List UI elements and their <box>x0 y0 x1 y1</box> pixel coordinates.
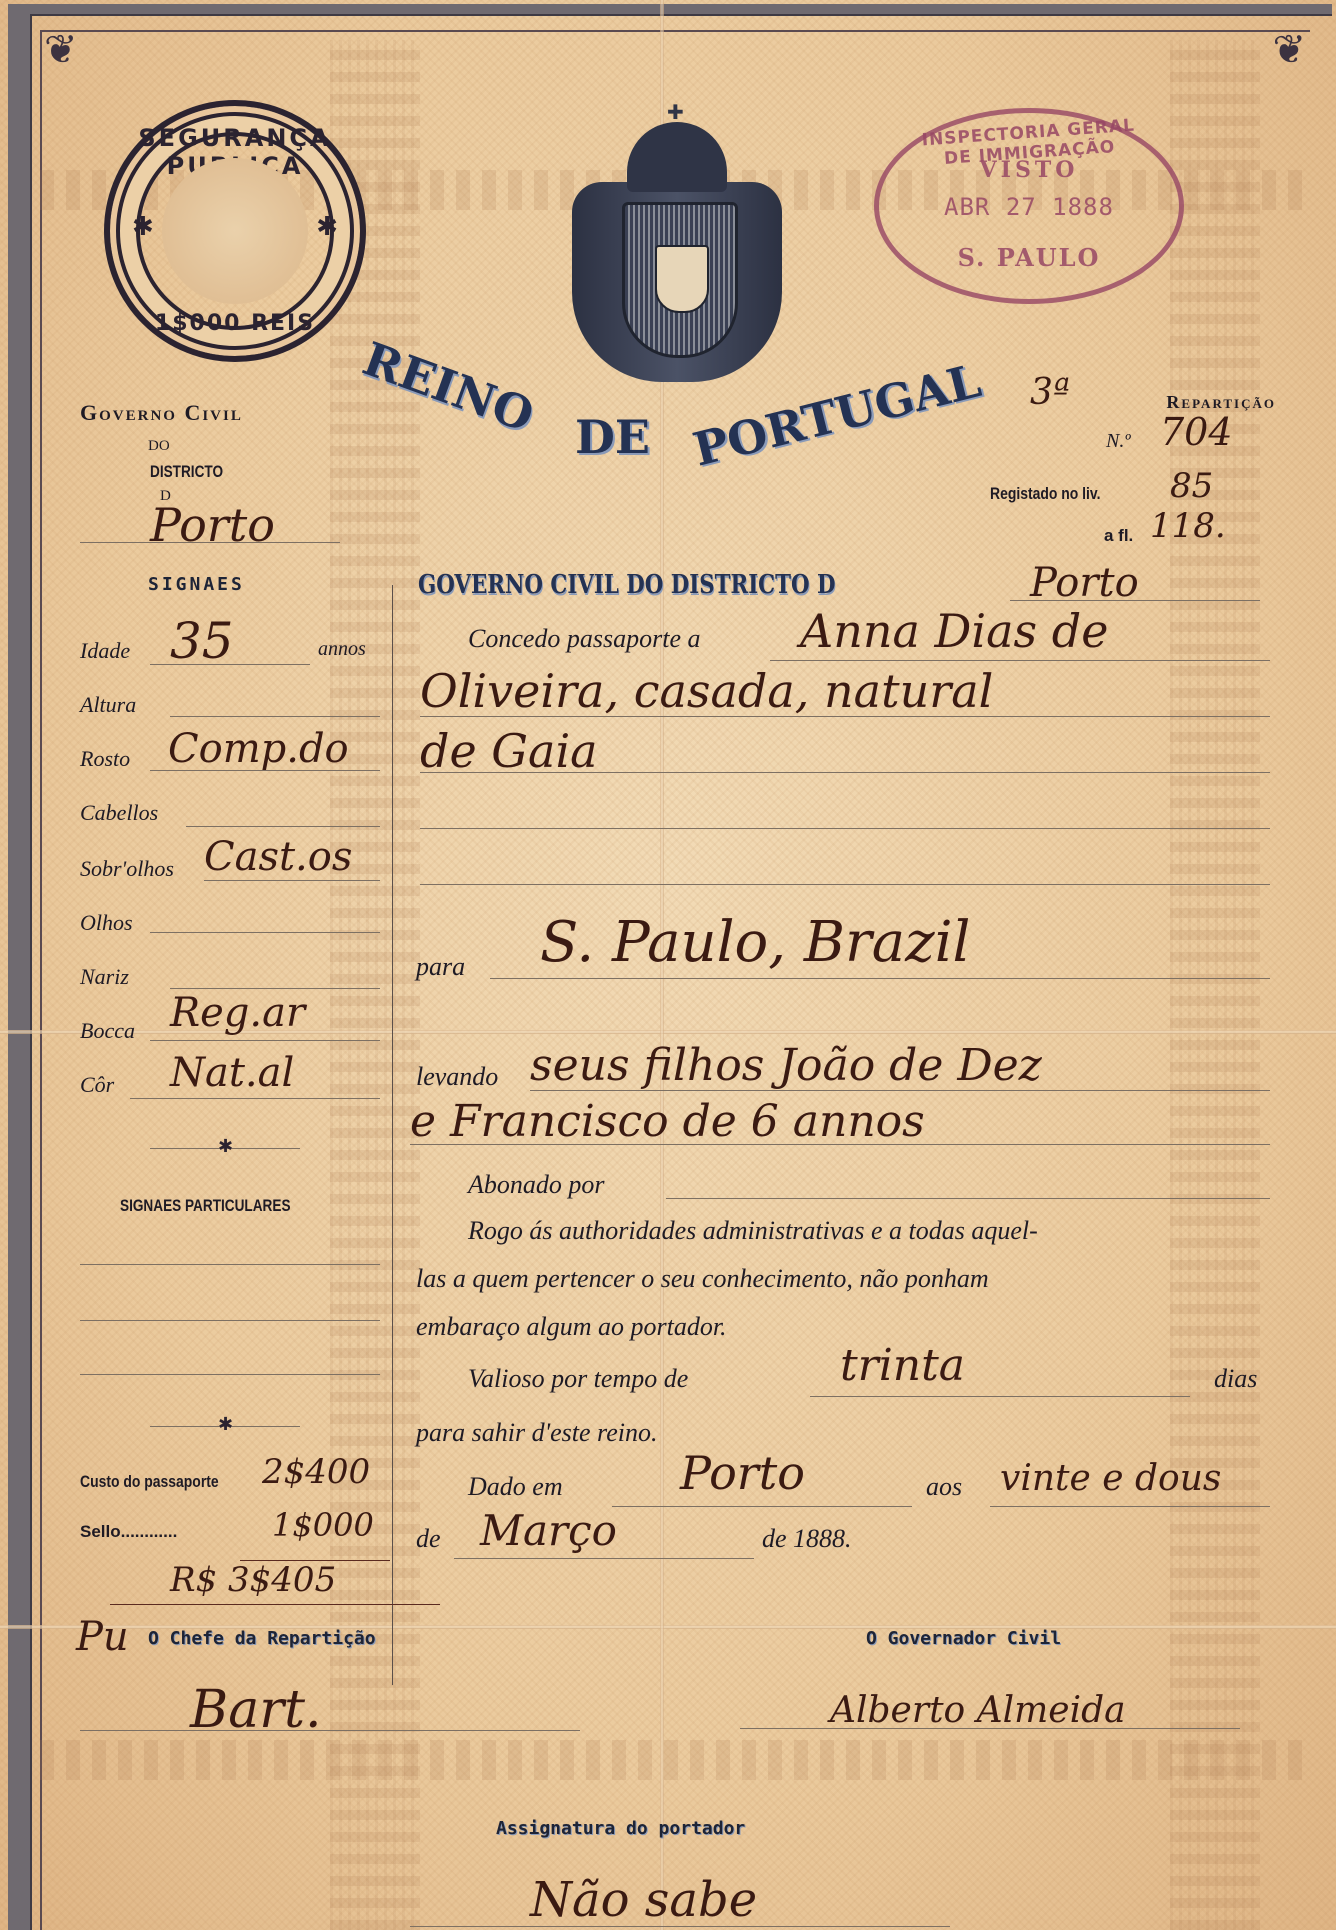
cor-label: Côr <box>80 1072 114 1098</box>
folha-label: a fl. <box>1104 526 1133 546</box>
bocca-value: Reg.ar <box>170 990 305 1036</box>
field-line <box>420 716 1270 717</box>
governador-label: O Governador Civil <box>866 1628 1061 1649</box>
custo-label: Custo do passaporte <box>80 1472 219 1492</box>
field-line <box>150 770 380 771</box>
rogo-line2: las a quem pertencer o seu conhecimento,… <box>416 1264 989 1294</box>
shield-icon <box>622 202 738 358</box>
background-band <box>40 1740 1310 1780</box>
background-pattern <box>1170 40 1260 1930</box>
field-line <box>990 1506 1270 1507</box>
field-line <box>80 1320 380 1321</box>
signaes-heading: SIGNAES <box>148 574 245 595</box>
de-label: de <box>416 1524 441 1554</box>
sobrolhos-label: Sobr'olhos <box>80 856 174 882</box>
levando-line2: e Francisco de 6 annos <box>410 1096 925 1147</box>
field-line <box>770 660 1270 661</box>
rogo-line3: embaraço algum ao portador. <box>416 1312 727 1342</box>
signature-line <box>410 1926 950 1927</box>
field-line <box>1010 600 1260 601</box>
field-line <box>810 1396 1190 1397</box>
sello-value: 1$000 <box>272 1506 374 1544</box>
field-line <box>150 1040 380 1041</box>
rogo-line1: Rogo ás authoridades administrativas e a… <box>468 1216 1038 1246</box>
field-line <box>420 828 1270 829</box>
holder-details: Oliveira, casada, natural <box>420 664 993 718</box>
star-icon: ✱ <box>218 1414 233 1435</box>
field-line <box>204 880 380 881</box>
column-divider <box>392 585 393 1685</box>
para-label: para <box>416 952 465 982</box>
field-line <box>666 1198 1270 1199</box>
field-line <box>150 932 380 933</box>
chefe-signature: Bart. <box>190 1680 322 1740</box>
field-line <box>150 664 310 665</box>
year-text: de 1888. <box>762 1524 852 1554</box>
governador-signature: Alberto Almeida <box>830 1690 1126 1731</box>
passport-document: ❦ ❦ SEGURANÇA PUBLICA ✱ ✱ 1$000 REIS INS… <box>0 0 1336 1930</box>
main-heading: GOVERNO CIVIL DO DISTRICTO D <box>418 570 835 600</box>
stamp-date: ABR 27 1888 <box>879 193 1179 221</box>
field-line <box>410 1144 1270 1145</box>
field-line <box>80 1374 380 1375</box>
signature-line <box>80 1730 580 1731</box>
signature-line <box>740 1728 1240 1729</box>
olhos-label: Olhos <box>80 910 133 936</box>
star-icon: ✱ <box>132 212 154 242</box>
registado-value: 85 <box>1170 466 1213 506</box>
field-line <box>490 978 1270 979</box>
field-line <box>130 1098 380 1099</box>
total-value: R$ 3$405 <box>170 1560 336 1600</box>
field-line <box>612 1506 912 1507</box>
portador-label: Assignatura do portador <box>496 1818 745 1839</box>
cabellos-label: Cabellos <box>80 800 158 826</box>
governo-civil-label: Governo Civil <box>80 400 243 426</box>
concedo-label: Concedo passaporte a <box>468 624 701 654</box>
numero-label: N.º <box>1106 430 1131 453</box>
star-icon: ✱ <box>316 212 338 242</box>
field-line <box>530 1090 1270 1091</box>
field-line <box>170 716 380 717</box>
dado-label: Dado em <box>468 1472 563 1502</box>
bocca-label: Bocca <box>80 1018 135 1044</box>
stamp-visto: VISTO <box>879 157 1179 183</box>
altura-label: Altura <box>80 692 136 718</box>
initials: Pu <box>76 1614 129 1660</box>
do-label: DO <box>148 438 170 455</box>
field-line <box>420 884 1270 885</box>
sello-label: Sello............ <box>80 1522 177 1542</box>
registado-label: Registado no liv. <box>990 484 1101 504</box>
numero-value: 704 <box>1160 410 1233 454</box>
corner-flourish-icon: ❦ <box>1272 26 1306 73</box>
coat-of-arms-icon <box>572 122 782 382</box>
field-line <box>80 542 340 543</box>
field-line <box>420 772 1270 773</box>
seal-crown-emblem <box>162 158 308 304</box>
stamp-city: S. PAULO <box>879 243 1179 272</box>
dias-label: dias <box>1214 1364 1257 1394</box>
immigration-stamp: INSPECTORIA GERAL DE IMMIGRAÇÃO VISTO AB… <box>874 108 1184 304</box>
portador-signature: Não sabe <box>530 1872 757 1928</box>
sobrolhos-value: Cast.os <box>204 834 352 880</box>
levando-label: levando <box>416 1062 498 1092</box>
sahir-line: para sahir d'este reino. <box>416 1418 657 1448</box>
aos-label: aos <box>926 1472 962 1502</box>
cor-value: Nat.al <box>170 1050 294 1096</box>
field-line <box>454 1558 754 1559</box>
field-line <box>186 826 380 827</box>
corner-flourish-icon: ❦ <box>44 26 78 73</box>
holder-origin: de Gaia <box>420 724 598 778</box>
abonado-label: Abonado por <box>468 1170 605 1200</box>
valioso-label: Valioso por tempo de <box>468 1364 688 1394</box>
signaes-particulares-heading: SIGNAES PARTICULARES <box>120 1196 291 1216</box>
folha-value: 118. <box>1150 506 1226 546</box>
rosto-value: Comp.do <box>168 726 349 772</box>
stamp-seal: SEGURANÇA PUBLICA ✱ ✱ 1$000 REIS <box>104 100 366 362</box>
custo-value: 2$400 <box>262 1452 370 1492</box>
district-handwritten: Porto <box>150 498 275 552</box>
destination: S. Paulo, Brazil <box>540 910 970 975</box>
crown-icon <box>627 122 727 192</box>
field-line <box>170 988 380 989</box>
annos-label: annos <box>318 638 366 661</box>
page-title: REINO DE PORTUGAL <box>360 360 1020 470</box>
star-icon: ✱ <box>218 1136 233 1157</box>
field-line <box>80 1264 380 1265</box>
seal-value-text: 1$000 REIS <box>110 311 360 336</box>
aos-value: vinte e dous <box>1000 1458 1221 1499</box>
districto-label: DISTRICTO <box>150 462 223 482</box>
idade-value: 35 <box>170 612 234 670</box>
title-word: PORTUGAL <box>688 353 986 476</box>
nariz-label: Nariz <box>80 964 129 990</box>
rosto-label: Rosto <box>80 746 130 772</box>
idade-label: Idade <box>80 638 130 664</box>
sum-line <box>110 1604 440 1605</box>
month-value: Março <box>480 1506 617 1555</box>
holder-name: Anna Dias de <box>800 604 1108 658</box>
levando-line1: seus filhos João de Dez <box>530 1040 1042 1091</box>
title-word: DE <box>575 410 650 464</box>
chefe-label: O Chefe da Repartição <box>148 1628 376 1649</box>
dado-place: Porto <box>680 1446 805 1500</box>
reparticao-number: 3ª <box>1030 372 1070 413</box>
valioso-value: trinta <box>840 1340 965 1391</box>
